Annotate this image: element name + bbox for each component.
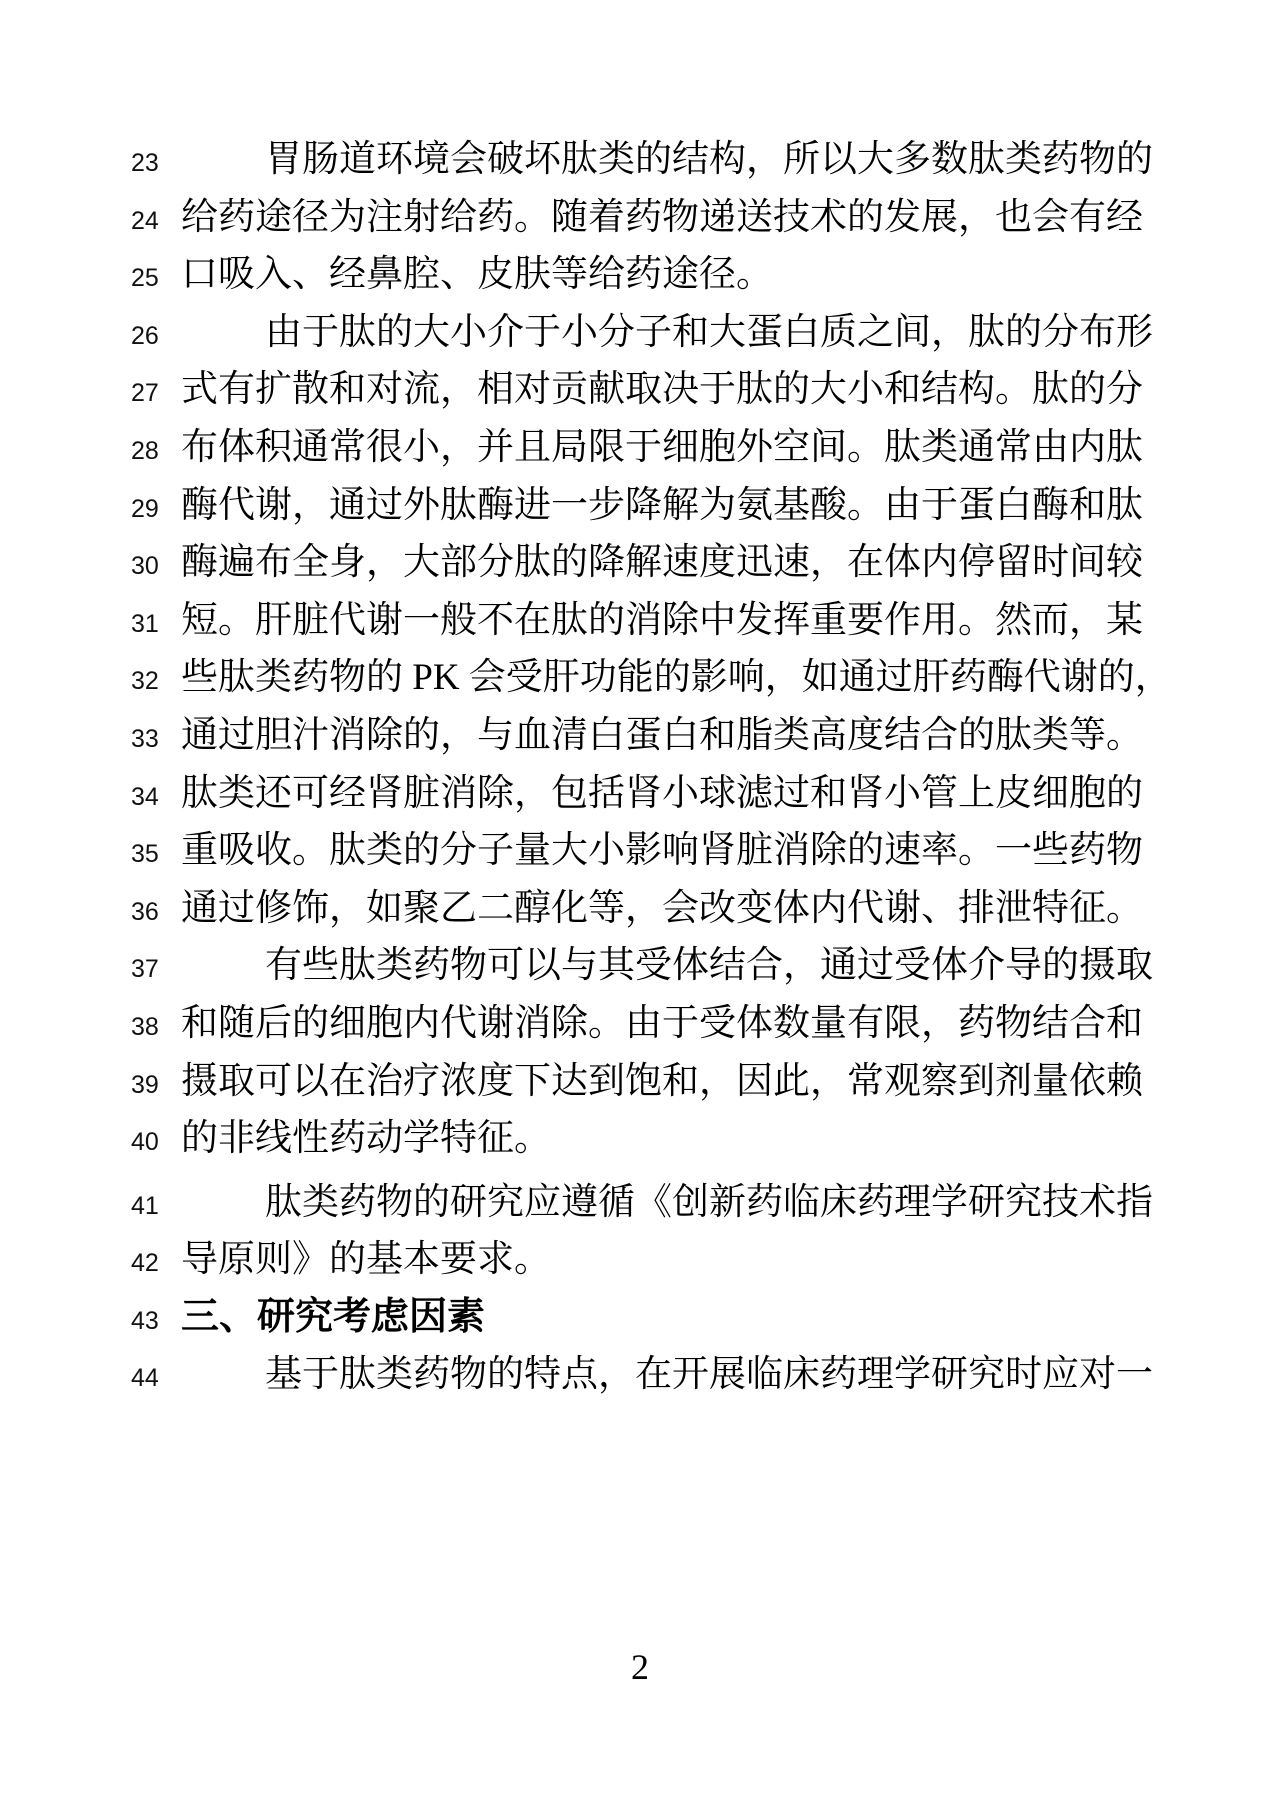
line-text: 有些肽类药物可以与其受体结合，通过受体介导的摄取 (181, 937, 1113, 995)
line-number: 26 (131, 308, 181, 366)
text-line: 28布体积通常很小，并且局限于细胞外空间。肽类通常由内肽 (0, 419, 1280, 477)
line-text: 摄取可以在治疗浓度下达到饱和，因此，常观察到剂量依赖 (181, 1053, 1113, 1111)
line-text: 短。肝脏代谢一般不在肽的消除中发挥重要作用。然而，某 (181, 592, 1113, 650)
line-number: 42 (131, 1235, 181, 1293)
section-heading: 三、研究考虑因素 (181, 1289, 1113, 1347)
line-text: 导原则》的基本要求。 (181, 1231, 1113, 1289)
text-line: 36通过修饰，如聚乙二醇化等，会改变体内代谢、排泄特征。 (0, 880, 1280, 938)
line-text: 胃肠道环境会破坏肽类的结构，所以大多数肽类药物的 (181, 131, 1113, 189)
text-line: 35重吸收。肽类的分子量大小影响肾脏消除的速率。一些药物 (0, 822, 1280, 880)
text-line: 39摄取可以在治疗浓度下达到饱和，因此，常观察到剂量依赖 (0, 1053, 1280, 1111)
page-number: 2 (0, 1637, 1280, 1697)
line-text: 酶遍布全身，大部分肽的降解速度迅速，在体内停留时间较 (181, 534, 1113, 592)
line-number: 25 (131, 250, 181, 308)
line-text: 由于肽的大小介于小分子和大蛋白质之间，肽的分布形 (181, 304, 1113, 362)
text-line: 44基于肽类药物的特点，在开展临床药理学研究时应对一 (0, 1346, 1280, 1404)
line-number: 37 (131, 941, 181, 999)
line-text: 肽类还可经肾脏消除，包括肾小球滤过和肾小管上皮细胞的 (181, 765, 1113, 823)
line-number: 33 (131, 711, 181, 769)
line-text: 布体积通常很小，并且局限于细胞外空间。肽类通常由内肽 (181, 419, 1113, 477)
text-line: 40的非线性药动学特征。 (0, 1110, 1280, 1168)
line-text: 酶代谢，通过外肽酶进一步降解为氨基酸。由于蛋白酶和肽 (181, 477, 1113, 535)
line-number: 35 (131, 826, 181, 884)
text-line: 26由于肽的大小介于小分子和大蛋白质之间，肽的分布形 (0, 304, 1280, 362)
text-line: 30酶遍布全身，大部分肽的降解速度迅速，在体内停留时间较 (0, 534, 1280, 592)
text-line: 29酶代谢，通过外肽酶进一步降解为氨基酸。由于蛋白酶和肽 (0, 477, 1280, 535)
line-number: 43 (131, 1293, 181, 1351)
line-text: 通过修饰，如聚乙二醇化等，会改变体内代谢、排泄特征。 (181, 880, 1113, 938)
line-number: 24 (131, 193, 181, 251)
text-line: 37有些肽类药物可以与其受体结合，通过受体介导的摄取 (0, 937, 1280, 995)
line-text: 通过胆汁消除的，与血清白蛋白和脂类高度结合的肽类等。 (181, 707, 1113, 765)
text-line: 34肽类还可经肾脏消除，包括肾小球滤过和肾小管上皮细胞的 (0, 765, 1280, 823)
line-number: 28 (131, 423, 181, 481)
line-text: 给药途径为注射给药。随着药物递送技术的发展，也会有经 (181, 189, 1113, 247)
line-text: 的非线性药动学特征。 (181, 1110, 1113, 1168)
text-line: 32些肽类药物的 PK 会受肝功能的影响，如通过肝药酶代谢的， (0, 649, 1280, 707)
line-number: 29 (131, 481, 181, 539)
line-number: 23 (131, 135, 181, 193)
line-number: 40 (131, 1114, 181, 1172)
line-text: 和随后的细胞内代谢消除。由于受体数量有限，药物结合和 (181, 995, 1113, 1053)
line-number: 38 (131, 999, 181, 1057)
line-number: 30 (131, 538, 181, 596)
document-body: 23胃肠道环境会破坏肽类的结构，所以大多数肽类药物的 24给药途径为注射给药。随… (0, 131, 1280, 1404)
line-text: 口吸入、经鼻腔、皮肤等给药途径。 (181, 246, 1113, 304)
text-line: 27式有扩散和对流，相对贡献取决于肽的大小和结构。肽的分 (0, 361, 1280, 419)
document-page: 23胃肠道环境会破坏肽类的结构，所以大多数肽类药物的 24给药途径为注射给药。随… (0, 0, 1280, 1810)
text-line: 23胃肠道环境会破坏肽类的结构，所以大多数肽类药物的 (0, 131, 1280, 189)
text-line: 33通过胆汁消除的，与血清白蛋白和脂类高度结合的肽类等。 (0, 707, 1280, 765)
line-text: 基于肽类药物的特点，在开展临床药理学研究时应对一 (181, 1346, 1113, 1404)
line-number: 34 (131, 769, 181, 827)
text-line: 31短。肝脏代谢一般不在肽的消除中发挥重要作用。然而，某 (0, 592, 1280, 650)
line-number: 39 (131, 1057, 181, 1115)
line-text: 重吸收。肽类的分子量大小影响肾脏消除的速率。一些药物 (181, 822, 1113, 880)
text-line: 25口吸入、经鼻腔、皮肤等给药途径。 (0, 246, 1280, 304)
line-number: 41 (131, 1178, 181, 1236)
text-line: 24给药途径为注射给药。随着药物递送技术的发展，也会有经 (0, 189, 1280, 247)
line-number: 31 (131, 596, 181, 654)
line-text: 肽类药物的研究应遵循《创新药临床药理学研究技术指 (181, 1174, 1113, 1232)
text-line: 42导原则》的基本要求。 (0, 1231, 1280, 1289)
text-line: 43三、研究考虑因素 (0, 1289, 1280, 1347)
text-line: 38和随后的细胞内代谢消除。由于受体数量有限，药物结合和 (0, 995, 1280, 1053)
line-number: 27 (131, 365, 181, 423)
line-number: 36 (131, 884, 181, 942)
line-number: 32 (131, 653, 181, 711)
line-text: 些肽类药物的 PK 会受肝功能的影响，如通过肝药酶代谢的， (181, 649, 1113, 707)
line-text: 式有扩散和对流，相对贡献取决于肽的大小和结构。肽的分 (181, 361, 1113, 419)
text-line: 41肽类药物的研究应遵循《创新药临床药理学研究技术指 (0, 1174, 1280, 1232)
line-number: 44 (131, 1350, 181, 1408)
